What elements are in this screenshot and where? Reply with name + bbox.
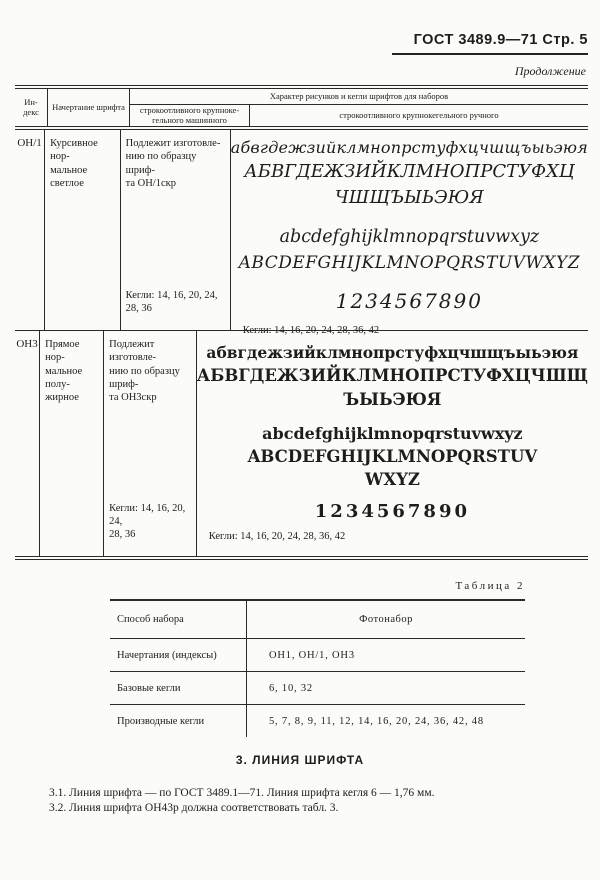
column-header-machine-set: строкоотливного крупноке- гельного машин… xyxy=(130,105,250,127)
column-header-character: Характер рисунков и кегли шрифтов для на… xyxy=(130,89,588,105)
row-label: Базовые кегли xyxy=(110,672,247,704)
specimen-cell: абвгдежзийклмнопрстуфхцчшщъыьэюя АБВГДЕЖ… xyxy=(197,331,588,556)
machine-set-cell: Подлежит изготовле- нию по образцу шриф-… xyxy=(121,130,231,330)
specimen-latin-lowercase: abcdefghijklmnopqrstuvwxyz xyxy=(231,227,588,247)
document-number: ГОСТ 3489.9—71 Стр. 5 xyxy=(392,32,588,55)
row-value: ОН1, ОН/1, ОН3 xyxy=(247,650,525,661)
column-header-typeface: Начертание шрифта xyxy=(48,89,130,126)
section-body: 3.1. Линия шрифта — по ГОСТ 3489.1—71. Л… xyxy=(35,786,578,816)
column-header-group: Характер рисунков и кегли шрифтов для на… xyxy=(130,89,588,126)
paragraph-3-1: 3.1. Линия шрифта — по ГОСТ 3489.1—71. Л… xyxy=(35,786,578,801)
row-label: Начертания (индексы) xyxy=(110,639,247,671)
table2-caption: Таблица 2 xyxy=(455,580,525,592)
column-header-subrow: строкоотливного крупноке- гельного машин… xyxy=(130,105,588,127)
specimen-cell: абвгдежзийклмнопрстуфхцчшщъыьэюя АБВГДЕЖ… xyxy=(231,130,588,330)
specimen-digits: 1234567890 xyxy=(197,501,588,522)
specimen-cyrillic-lowercase: абвгдежзийклмнопрстуфхцчшщъыьэюя xyxy=(197,343,588,362)
specimen-latin-uppercase: ABCDEFGHIJKLMNOPQRSTUV WXYZ xyxy=(197,445,588,491)
specimen-cyrillic-lowercase: абвгдежзийклмнопрстуфхцчшщъыьэюя xyxy=(231,138,588,157)
row-label: Производные кегли xyxy=(110,705,247,737)
column-header-manual-set: строкоотливного крупнокегельного ручного xyxy=(250,105,588,127)
specimen-cyrillic-uppercase: АБВГДЕЖЗИЙКЛМНОПРСТУФХЦЧШЩ ЪЫЬЭЮЯ xyxy=(197,364,588,412)
specimen-latin-uppercase: ABCDEFGHIJKLMNOPQRSTUVWXYZ xyxy=(231,253,588,273)
photoset-table-header: Способ набора Фотонабор xyxy=(110,601,525,638)
typeface-table-header: Ин- декс Начертание шрифта Характер рису… xyxy=(15,89,588,130)
typeface-table: Ин- декс Начертание шрифта Характер рису… xyxy=(15,85,588,560)
column-header-index: Ин- декс xyxy=(15,89,48,126)
photoset-table: Способ набора Фотонабор Начертания (инде… xyxy=(110,599,525,737)
machine-sizes: Кегли: 14, 16, 20, 24, 28, 36 xyxy=(126,289,227,315)
table-row: Производные кегли 5, 7, 8, 9, 11, 12, 14… xyxy=(110,704,525,737)
machine-sizes: Кегли: 14, 16, 20, 24, 28, 36 xyxy=(109,502,193,541)
paragraph-3-2: 3.2. Линия шрифта ОН43р должна соответст… xyxy=(35,801,578,816)
table-row: Базовые кегли 6, 10, 32 xyxy=(110,671,525,704)
table-row: Начертания (индексы) ОН1, ОН/1, ОН3 xyxy=(110,638,525,671)
section-title: 3. ЛИНИЯ ШРИФТА xyxy=(0,753,600,767)
manual-sizes: Кегли: 14, 16, 20, 24, 28, 36, 42 xyxy=(197,531,588,542)
continuation-label: Продолжение xyxy=(515,64,586,79)
specimen-digits: 1234567890 xyxy=(231,289,588,313)
typeface-style: Курсивное нор- мальное светлое xyxy=(45,130,120,330)
typeface-index: ОН/1 xyxy=(15,130,45,330)
column-header-photoset: Фотонабор xyxy=(247,614,525,625)
typeface-index: ОН3 xyxy=(15,331,40,556)
machine-set-cell: Подлежит изготовле- нию по образцу шриф-… xyxy=(104,331,197,556)
row-value: 5, 7, 8, 9, 11, 12, 14, 16, 20, 24, 36, … xyxy=(247,716,525,727)
manufacture-note: Подлежит изготовле- нию по образцу шриф-… xyxy=(126,137,227,190)
table-row: ОН3 Прямое нор- мальное полу- жирное Под… xyxy=(15,330,588,556)
specimen-cyrillic-uppercase: АБВГДЕЖЗИЙКЛМНОПРСТУФХЦ ЧШЩЪЫЬЭЮЯ xyxy=(231,159,588,211)
specimen-latin-lowercase: abcdefghijklmnopqrstuvwxyz xyxy=(197,424,588,443)
table-row: ОН/1 Курсивное нор- мальное светлое Подл… xyxy=(15,130,588,330)
row-value: 6, 10, 32 xyxy=(247,683,525,694)
scanned-document-page: ГОСТ 3489.9—71 Стр. 5 Продолжение Ин- де… xyxy=(0,0,600,880)
manufacture-note: Подлежит изготовле- нию по образцу шриф-… xyxy=(109,338,193,404)
column-header-method: Способ набора xyxy=(110,601,247,638)
typeface-style: Прямое нор- мальное полу- жирное xyxy=(40,331,104,556)
